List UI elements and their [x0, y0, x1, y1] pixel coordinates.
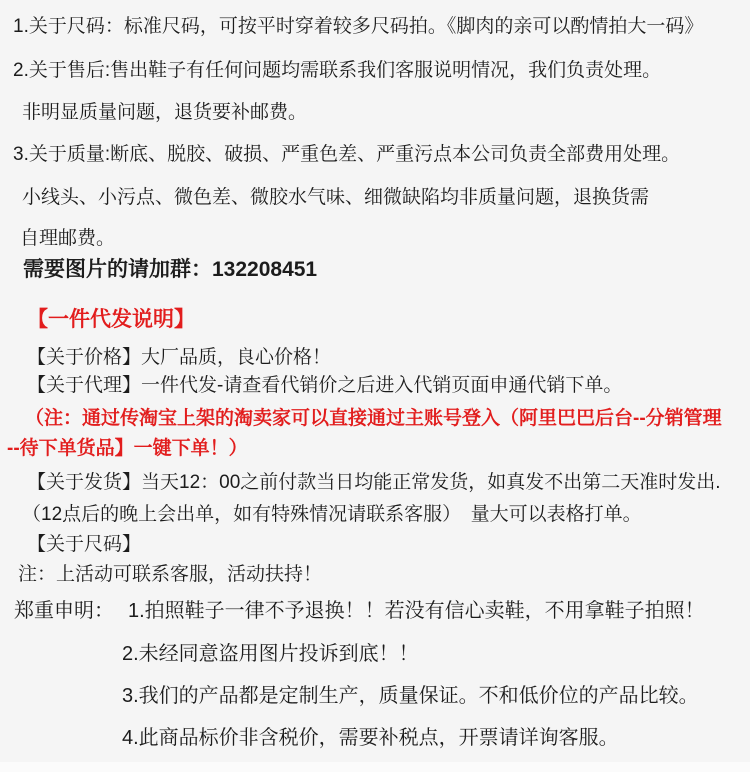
notice-quality-line-3: 自理邮费。 — [20, 227, 115, 251]
bottom-strip — [0, 762, 750, 772]
statement-item-2: 2.未经同意盗用图片投诉到底！！ — [122, 642, 419, 667]
notice-quality-line-2: 小线头、小污点、微色差、微胶水气味、细微缺陷均非质量问题，退换货需 — [22, 186, 649, 210]
dropship-title: 【一件代发说明】 — [27, 307, 195, 333]
statement-label: 郑重申明： — [14, 600, 114, 622]
notice-after-sales-line-1: 2.关于售后:售出鞋子有任何问题均需联系我们客服说明情况，我们负责处理。 — [13, 59, 661, 83]
dropship-shipping-line-2: （12点后的晚上会出单，如有特殊情况请联系客服） 量大可以表格打单。 — [22, 503, 642, 527]
product-description-page: 1.关于尺码：标准尺码，可按平时穿着较多尺码拍。《脚肉的亲可以酌情拍大一码》 2… — [0, 0, 750, 772]
notice-sizing-line: 1.关于尺码：标准尺码，可按平时穿着较多尺码拍。《脚肉的亲可以酌情拍大一码》 — [13, 15, 703, 39]
notice-after-sales-line-2: 非明显质量问题，退货要补邮费。 — [22, 101, 307, 125]
statement-line-1: 郑重申明：1.拍照鞋子一律不予退换！！若没有信心卖鞋，不用拿鞋子拍照！ — [14, 599, 705, 624]
group-number-line: 需要图片的请加群：132208451 — [23, 257, 317, 283]
dropship-note-line-1: （注：通过传淘宝上架的淘卖家可以直接通过主账号登入（阿里巴巴后台--分销管理 — [25, 407, 722, 431]
dropship-note-line-2: --待下单货品】一键下单！） — [7, 437, 248, 461]
statement-item-4: 4.此商品标价非含税价，需要补税点，开票请详询客服。 — [122, 726, 619, 751]
dropship-activity-line: 注：上活动可联系客服，活动扶持！ — [18, 563, 322, 587]
notice-quality-line-1: 3.关于质量:断底、脱胶、破损、严重色差、严重污点本公司负责全部费用处理。 — [13, 143, 680, 167]
statement-item-1: 1.拍照鞋子一律不予退换！！若没有信心卖鞋，不用拿鞋子拍照！ — [128, 600, 705, 622]
statement-item-3: 3.我们的产品都是定制生产，质量保证。不和低价位的产品比较。 — [122, 684, 699, 709]
dropship-price-line: 【关于价格】大厂品质，良心价格！ — [27, 346, 331, 370]
dropship-size-title: 【关于尺码】 — [27, 533, 141, 557]
dropship-shipping-line-1: 【关于发货】当天12：00之前付款当日均能正常发货，如真发不出第二天准时发出. — [27, 471, 721, 495]
dropship-agent-line: 【关于代理】一件代发-请查看代销价之后进入代销页面申通代销下单。 — [27, 374, 622, 398]
